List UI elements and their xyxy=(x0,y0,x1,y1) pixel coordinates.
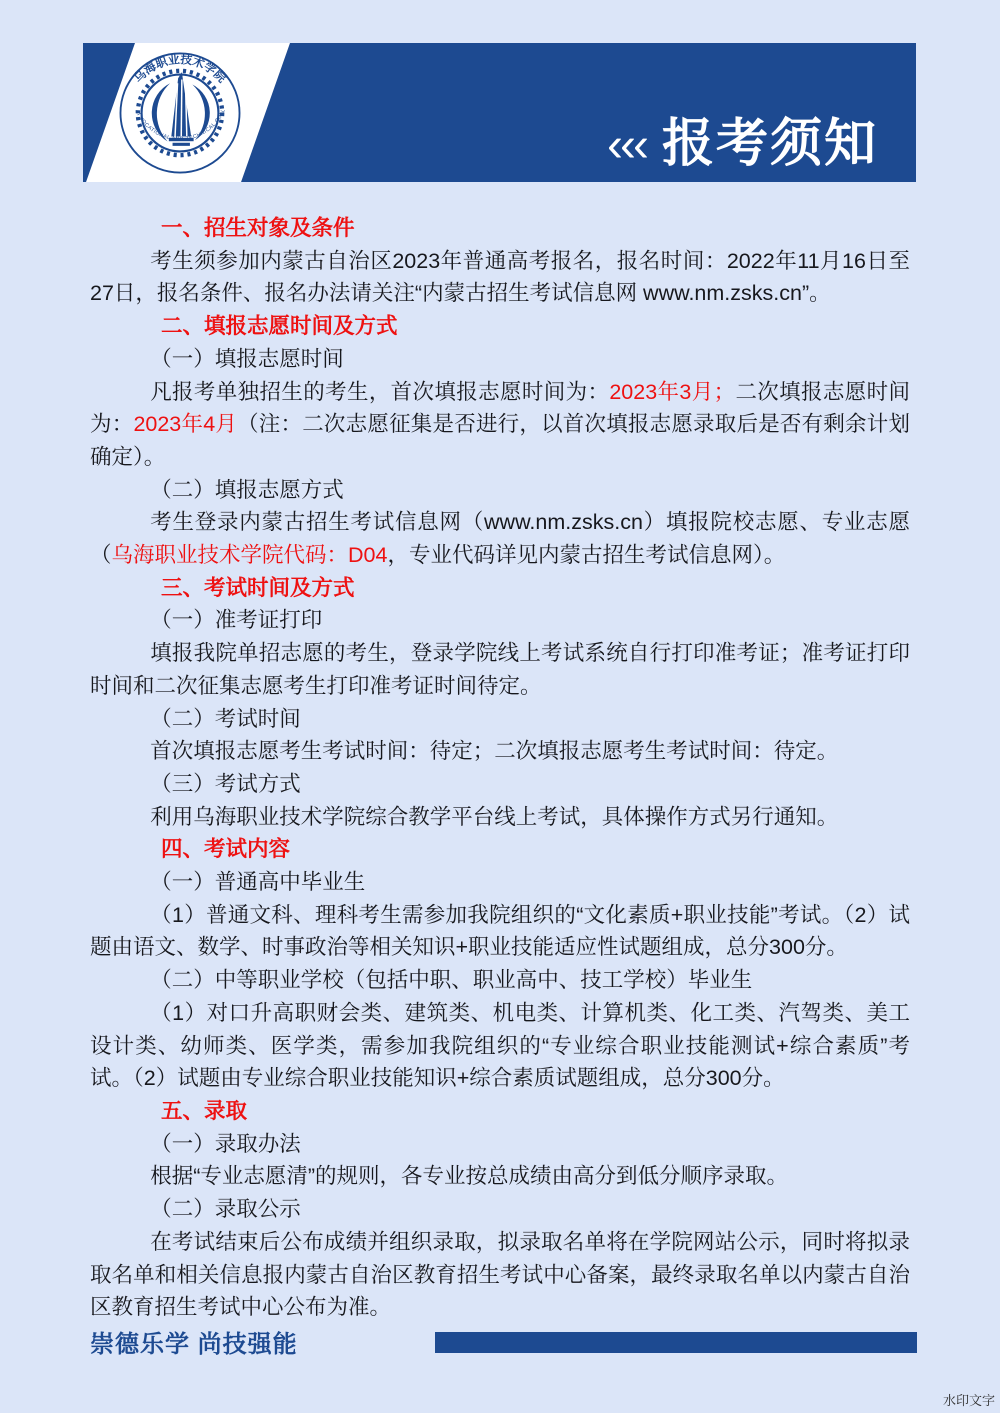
highlight-red: 2023年4月 xyxy=(133,412,237,436)
paragraph: 根据“专业志愿清”的规则，各专业按总成绩由高分到低分顺序录取。 xyxy=(90,1160,910,1193)
paragraph: 首次填报志愿考生考试时间：待定；二次填报志愿考生考试时间：待定。 xyxy=(90,735,910,768)
section-heading: 三、考试时间及方式 xyxy=(90,572,910,605)
paragraph: 在考试结束后公布成绩并组织录取，拟录取名单将在学院网站公示，同时将拟录取名单和相… xyxy=(90,1226,910,1324)
sub-heading: （二）考试时间 xyxy=(90,703,910,736)
paragraph: （1）对口升高职财会类、建筑类、机电类、计算机类、化工类、汽驾类、美工设计类、幼… xyxy=(90,997,910,1095)
paragraph: （1）普通文科、理科考生需参加我院组织的“文化素质+职业技能”考试。（2）试题由… xyxy=(90,899,910,964)
section-heading: 二、填报志愿时间及方式 xyxy=(90,310,910,343)
sub-heading: （三）考试方式 xyxy=(90,768,910,801)
admission-notice-page: { "colors": { "page_background": "#dbe5f… xyxy=(0,0,1000,1413)
paragraph: 考生须参加内蒙古自治区2023年普通高考报名，报名时间：2022年11月16日至… xyxy=(90,245,910,310)
sub-heading: （一）填报志愿时间 xyxy=(90,343,910,376)
section-heading: 四、考试内容 xyxy=(90,833,910,866)
footer-bar xyxy=(435,1332,917,1353)
section-heading: 一、招生对象及条件 xyxy=(90,212,910,245)
paragraph: 考生登录内蒙古招生考试信息网（www.nm.zsks.cn）填报院校志愿、专业志… xyxy=(90,506,910,571)
notice-body: 一、招生对象及条件考生须参加内蒙古自治区2023年普通高考报名，报名时间：202… xyxy=(90,212,910,1324)
college-logo: 乌海职业技术学院 WUHAI VOCATIONAL AND TECHNICAL … xyxy=(118,51,242,175)
sub-heading: （二）填报志愿方式 xyxy=(90,474,910,507)
sub-heading: （一）普通高中毕业生 xyxy=(90,866,910,899)
paragraph: 填报我院单招志愿的考生，登录学院线上考试系统自行打印准考证；准考证打印时间和二次… xyxy=(90,637,910,702)
highlight-red: 乌海职业技术学院代码：D04 xyxy=(112,543,388,567)
watermark-label: 水印文字 xyxy=(943,1390,995,1409)
college-motto: 崇德乐学 尚技强能 xyxy=(90,1324,298,1359)
sub-heading: （一）准考证打印 xyxy=(90,604,910,637)
page-title-text: 报考须知 xyxy=(662,115,878,173)
chevrons-left-icon: ‹‹‹ xyxy=(607,119,646,172)
paragraph: 凡报考单独招生的考生，首次填报志愿时间为：2023年3月；二次填报志愿时间为：2… xyxy=(90,376,910,474)
header-banner: 乌海职业技术学院 WUHAI VOCATIONAL AND TECHNICAL … xyxy=(83,43,916,182)
sub-heading: （一）录取办法 xyxy=(90,1128,910,1161)
paragraph: 利用乌海职业技术学院综合教学平台线上考试，具体操作方式另行通知。 xyxy=(90,801,910,834)
page-title: ‹‹‹报考须知 xyxy=(607,118,878,170)
sub-heading: （二）中等职业学校（包括中职、职业高中、技工学校）毕业生 xyxy=(90,964,910,997)
sub-heading: （二）录取公示 xyxy=(90,1193,910,1226)
highlight-red: 2023年3月； xyxy=(609,380,735,404)
section-heading: 五、录取 xyxy=(90,1095,910,1128)
